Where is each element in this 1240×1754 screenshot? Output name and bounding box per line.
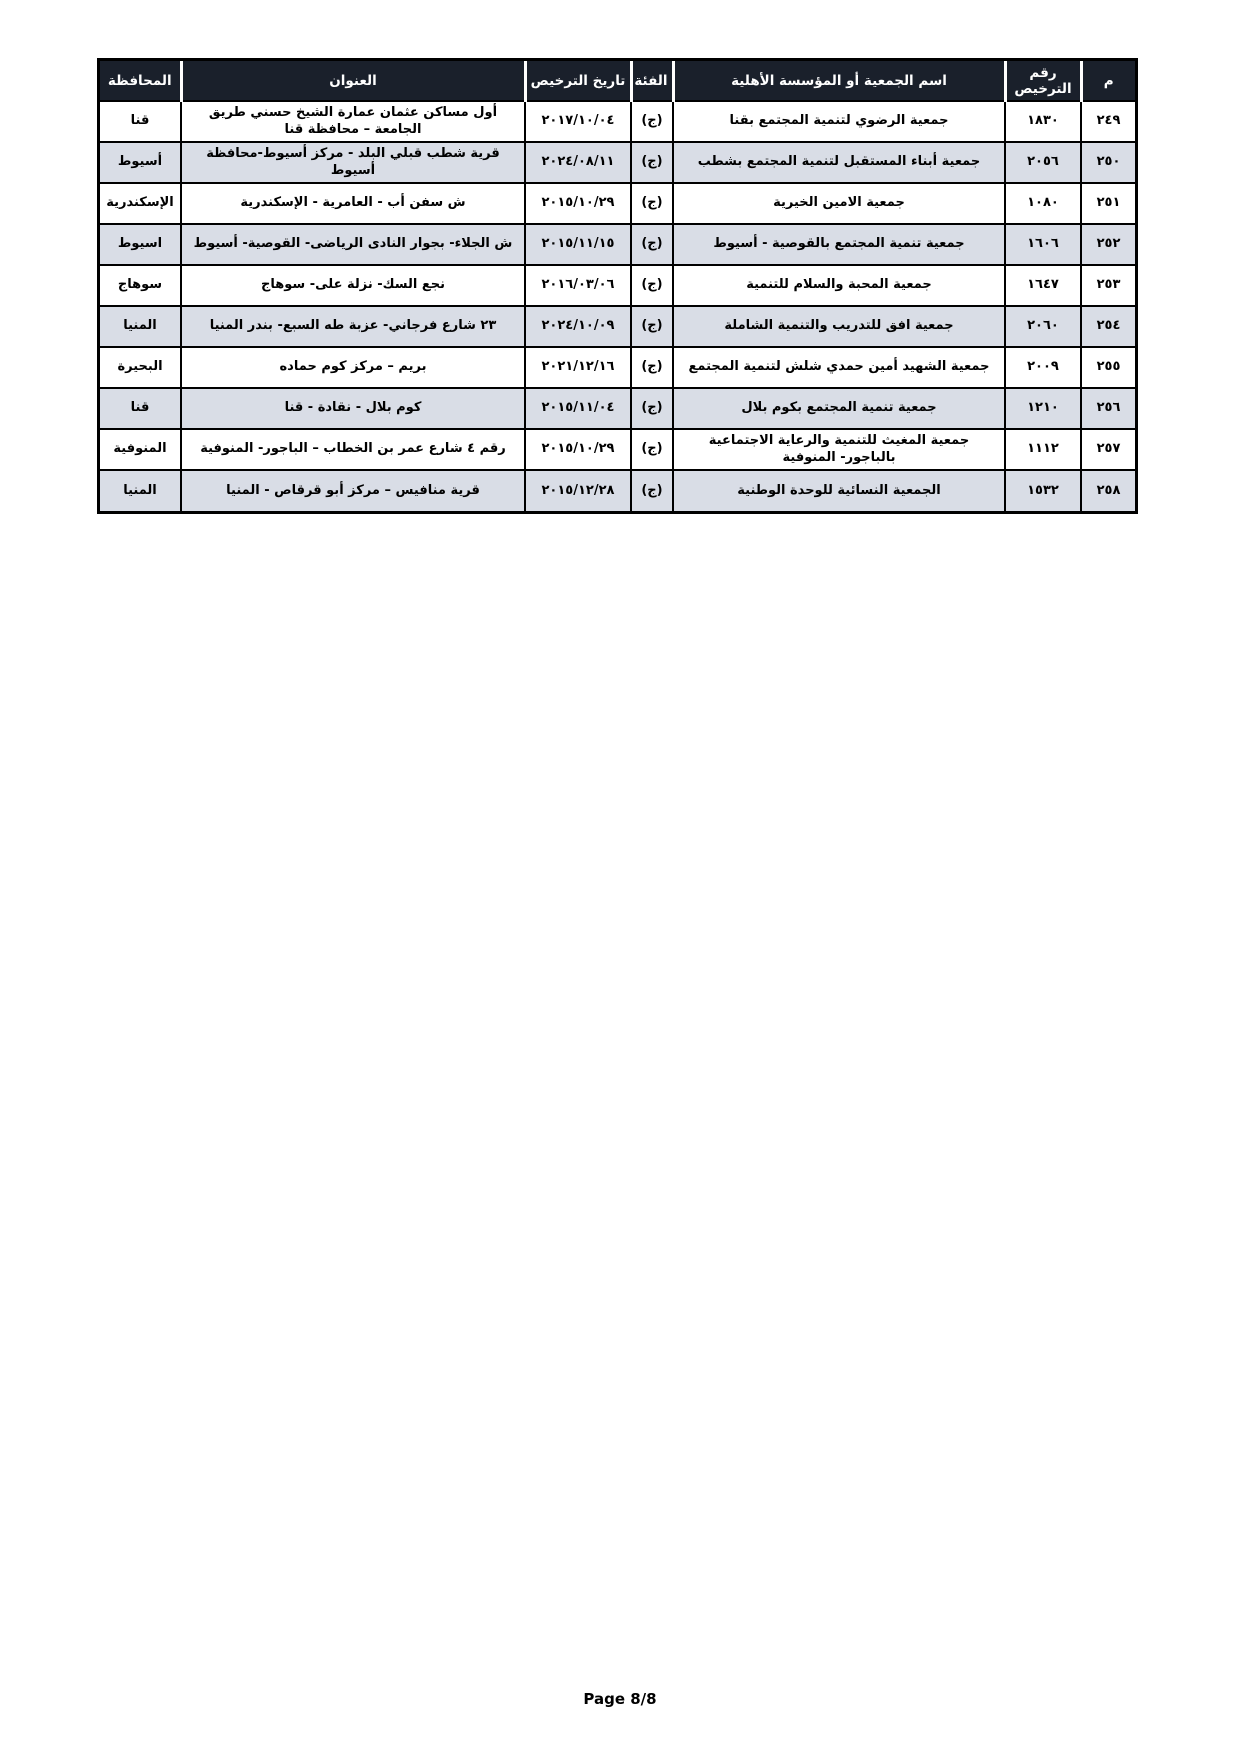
category-cell: (ج) [631, 142, 673, 183]
governorate-cell: سوهاج [100, 265, 181, 306]
category-cell: (ج) [631, 470, 673, 511]
header-governorate: المحافظة [100, 61, 181, 101]
governorate-cell: البحيرة [100, 347, 181, 388]
license-no-cell: ١٠٨٠ [1005, 183, 1081, 224]
association-name-cell: جمعية الامين الخيرية [673, 183, 1005, 224]
serial-cell: ٢٥٨ [1081, 470, 1135, 511]
table-row: ٢٥١ ١٠٨٠ جمعية الامين الخيرية (ج) ٢٠١٥/١… [100, 183, 1135, 224]
ngo-registry-table: م رقم الترخيص اسم الجمعية أو المؤسسة الأ… [100, 61, 1135, 511]
address-cell: ش سفن أب - العامرية - الإسكندرية [181, 183, 525, 224]
header-row: م رقم الترخيص اسم الجمعية أو المؤسسة الأ… [100, 61, 1135, 101]
address-cell: أول مساكن عثمان عمارة الشيخ حسني طريق ال… [181, 101, 525, 142]
header-address: العنوان [181, 61, 525, 101]
serial-cell: ٢٥٦ [1081, 388, 1135, 429]
category-cell: (ج) [631, 347, 673, 388]
header-association-name: اسم الجمعية أو المؤسسة الأهلية [673, 61, 1005, 101]
governorate-cell: اسيوط [100, 224, 181, 265]
address-cell: كوم بلال - نقادة - قنا [181, 388, 525, 429]
table-row: ٢٥٦ ١٢١٠ جمعية تنمية المجتمع بكوم بلال (… [100, 388, 1135, 429]
category-cell: (ج) [631, 224, 673, 265]
license-date-cell: ٢٠١٥/١٠/٢٩ [525, 429, 631, 470]
license-date-cell: ٢٠٢١/١٢/١٦ [525, 347, 631, 388]
license-date-cell: ٢٠١٥/١٢/٢٨ [525, 470, 631, 511]
address-cell: رقم ٤ شارع عمر بن الخطاب – الباجور- المن… [181, 429, 525, 470]
document-page: م رقم الترخيص اسم الجمعية أو المؤسسة الأ… [0, 0, 1240, 1754]
license-date-cell: ٢٠١٦/٠٣/٠٦ [525, 265, 631, 306]
address-cell: ش الجلاء- بجوار النادى الرياضى- القوصية-… [181, 224, 525, 265]
ngo-registry-table-wrap: م رقم الترخيص اسم الجمعية أو المؤسسة الأ… [97, 58, 1138, 514]
serial-cell: ٢٤٩ [1081, 101, 1135, 142]
license-no-cell: ١٥٣٢ [1005, 470, 1081, 511]
association-name-cell: جمعية المغيث للتنمية والرعاية الاجتماعية… [673, 429, 1005, 470]
page-number-footer: Page 8/8 [0, 1690, 1240, 1708]
serial-cell: ٢٥١ [1081, 183, 1135, 224]
association-name-cell: جمعية أبناء المستقبل لتنمية المجتمع بشطب [673, 142, 1005, 183]
header-license-date: تاريخ الترخيص [525, 61, 631, 101]
license-date-cell: ٢٠١٥/١١/٠٤ [525, 388, 631, 429]
governorate-cell: قنا [100, 388, 181, 429]
serial-cell: ٢٥٤ [1081, 306, 1135, 347]
license-no-cell: ١٦٠٦ [1005, 224, 1081, 265]
category-cell: (ج) [631, 429, 673, 470]
governorate-cell: المنيا [100, 470, 181, 511]
serial-cell: ٢٥٠ [1081, 142, 1135, 183]
category-cell: (ج) [631, 183, 673, 224]
license-no-cell: ١٢١٠ [1005, 388, 1081, 429]
association-name-cell: جمعية تنمية المجتمع بكوم بلال [673, 388, 1005, 429]
table-row: ٢٤٩ ١٨٣٠ جمعية الرضوي لتنمية المجتمع بقن… [100, 101, 1135, 142]
table-row: ٢٥٣ ١٦٤٧ جمعية المحبة والسلام للتنمية (ج… [100, 265, 1135, 306]
license-date-cell: ٢٠١٥/١٠/٢٩ [525, 183, 631, 224]
license-no-cell: ٢٠٥٦ [1005, 142, 1081, 183]
governorate-cell: أسيوط [100, 142, 181, 183]
header-category: الفئة [631, 61, 673, 101]
serial-cell: ٢٥٥ [1081, 347, 1135, 388]
association-name-cell: جمعية الشهيد أمين حمدي شلش لتنمية المجتم… [673, 347, 1005, 388]
category-cell: (ج) [631, 388, 673, 429]
category-cell: (ج) [631, 265, 673, 306]
license-no-cell: ١٦٤٧ [1005, 265, 1081, 306]
category-cell: (ج) [631, 101, 673, 142]
table-row: ٢٥٧ ١١١٢ جمعية المغيث للتنمية والرعاية ا… [100, 429, 1135, 470]
license-date-cell: ٢٠٢٤/١٠/٠٩ [525, 306, 631, 347]
association-name-cell: الجمعية النسائية للوحدة الوطنية [673, 470, 1005, 511]
license-date-cell: ٢٠١٧/١٠/٠٤ [525, 101, 631, 142]
license-no-cell: ١٨٣٠ [1005, 101, 1081, 142]
table-row: ٢٥٥ ٢٠٠٩ جمعية الشهيد أمين حمدي شلش لتنم… [100, 347, 1135, 388]
serial-cell: ٢٥٢ [1081, 224, 1135, 265]
table-row: ٢٥٢ ١٦٠٦ جمعية تنمية المجتمع بالقوصية - … [100, 224, 1135, 265]
governorate-cell: المنوفية [100, 429, 181, 470]
governorate-cell: قنا [100, 101, 181, 142]
address-cell: ٢٣ شارع فرجاني- عزبة طه السبع- بندر المن… [181, 306, 525, 347]
category-cell: (ج) [631, 306, 673, 347]
governorate-cell: المنيا [100, 306, 181, 347]
table-row: ٢٥٤ ٢٠٦٠ جمعية افق للتدريب والتنمية الشا… [100, 306, 1135, 347]
serial-cell: ٢٥٧ [1081, 429, 1135, 470]
association-name-cell: جمعية الرضوي لتنمية المجتمع بقنا [673, 101, 1005, 142]
license-no-cell: ٢٠٠٩ [1005, 347, 1081, 388]
address-cell: بريم – مركز كوم حماده [181, 347, 525, 388]
governorate-cell: الإسكندرية [100, 183, 181, 224]
table-row: ٢٥٨ ١٥٣٢ الجمعية النسائية للوحدة الوطنية… [100, 470, 1135, 511]
serial-cell: ٢٥٣ [1081, 265, 1135, 306]
table-row: ٢٥٠ ٢٠٥٦ جمعية أبناء المستقبل لتنمية الم… [100, 142, 1135, 183]
association-name-cell: جمعية تنمية المجتمع بالقوصية - أسيوط [673, 224, 1005, 265]
address-cell: قرية شطب قبلي البلد - مركز أسيوط-محافظة … [181, 142, 525, 183]
license-date-cell: ٢٠١٥/١١/١٥ [525, 224, 631, 265]
license-no-cell: ١١١٢ [1005, 429, 1081, 470]
association-name-cell: جمعية المحبة والسلام للتنمية [673, 265, 1005, 306]
address-cell: نجع السك- نزلة على- سوهاج [181, 265, 525, 306]
association-name-cell: جمعية افق للتدريب والتنمية الشاملة [673, 306, 1005, 347]
license-date-cell: ٢٠٢٤/٠٨/١١ [525, 142, 631, 183]
license-no-cell: ٢٠٦٠ [1005, 306, 1081, 347]
address-cell: قرية منافيس – مركز أبو قرقاص - المنيا [181, 470, 525, 511]
header-serial: م [1081, 61, 1135, 101]
header-license-no: رقم الترخيص [1005, 61, 1081, 101]
